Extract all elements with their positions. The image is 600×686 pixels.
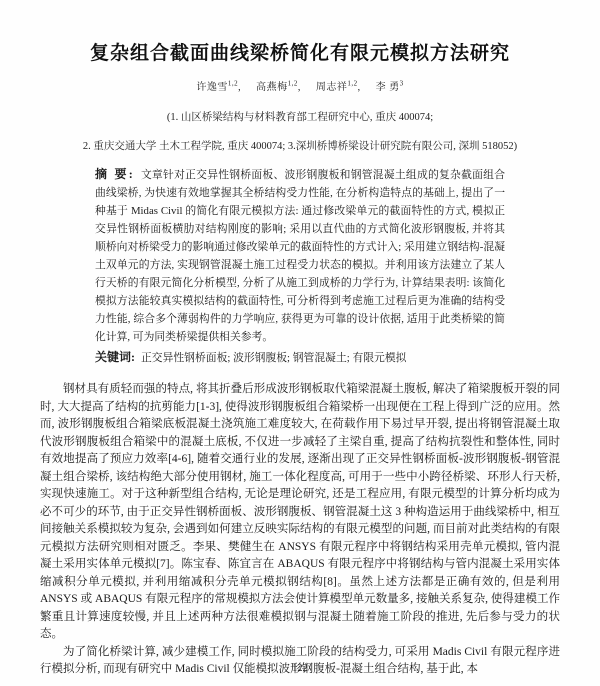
- author-name: 许逸雪: [196, 82, 228, 93]
- abstract-block: 摘 要:文章针对正交异性钢桥面板、波形钢腹板和钢管混凝土组成的复杂截面组合曲线梁…: [95, 165, 505, 346]
- keywords-label: 关键词:: [95, 350, 135, 364]
- author: 李 勇3: [376, 82, 404, 93]
- author: 许逸雪1,2,: [196, 82, 241, 93]
- author-affiliation-sup: 1,2: [347, 80, 357, 88]
- authors-line: 许逸雪1,2, 高燕梅1,2, 周志祥1,2, 李 勇3: [0, 78, 600, 93]
- affiliation-line-2: 2. 重庆交通大学 土木工程学院, 重庆 400074; 3.深圳桥博桥梁设计研…: [0, 138, 600, 153]
- author-separator: ,: [358, 82, 361, 93]
- author: 周志祥1,2,: [316, 82, 361, 93]
- keywords-text: 正交异性钢桥面板; 波形钢腹板; 钢管混凝土; 有限元模拟: [141, 352, 406, 364]
- abstract-label: 摘 要:: [95, 167, 135, 181]
- author-affiliation-sup: 1,2: [228, 80, 238, 88]
- paper-page: 复杂组合截面曲线梁桥简化有限元模拟方法研究 许逸雪1,2, 高燕梅1,2, 周志…: [0, 0, 600, 686]
- page-title: 复杂组合截面曲线梁桥简化有限元模拟方法研究: [0, 38, 600, 65]
- page-number: 122: [0, 663, 600, 674]
- author-name: 周志祥: [316, 82, 348, 93]
- affiliation-line-1: (1. 山区桥梁结构与材料教育部工程研究中心, 重庆 400074;: [0, 109, 600, 124]
- author-name: 李 勇: [376, 82, 400, 93]
- author-name: 高燕梅: [256, 82, 288, 93]
- author-affiliation-sup: 1,2: [288, 80, 298, 88]
- author: 高燕梅1,2,: [256, 82, 301, 93]
- author-affiliation-sup: 3: [400, 80, 404, 88]
- keywords-block: 关键词:正交异性钢桥面板; 波形钢腹板; 钢管混凝土; 有限元模拟: [95, 348, 505, 367]
- abstract-text: 文章针对正交异性钢桥面板、波形钢腹板和钢管混凝土组成的复杂截面组合曲线梁桥, 为…: [95, 169, 505, 343]
- author-separator: ,: [238, 82, 241, 93]
- body-paragraph: 钢材具有质轻而强的特点, 将其折叠后形成波形钢板取代箱梁混凝土腹板, 解决了箱梁…: [40, 381, 560, 644]
- author-separator: ,: [298, 82, 301, 93]
- body-text: 钢材具有质轻而强的特点, 将其折叠后形成波形钢板取代箱梁混凝土腹板, 解决了箱梁…: [40, 381, 560, 679]
